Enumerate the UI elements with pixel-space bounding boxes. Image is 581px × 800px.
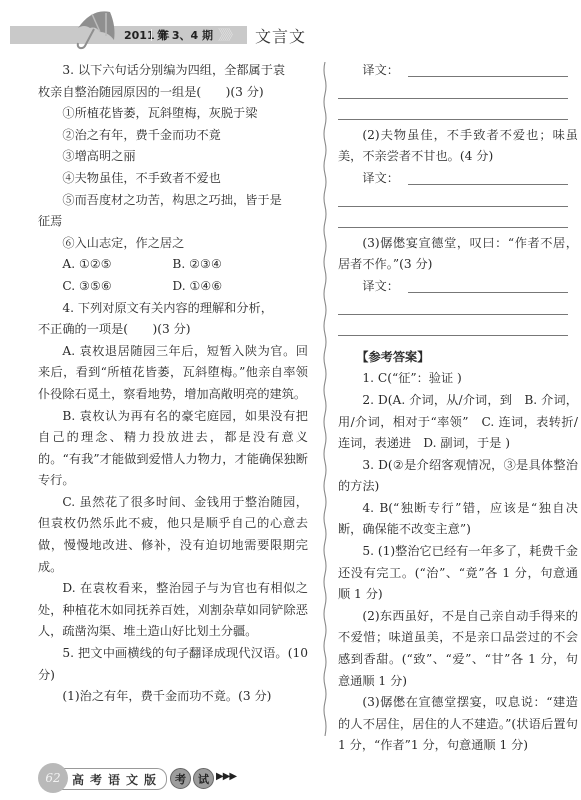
umbrella-icon	[70, 8, 120, 52]
translation-2-row: 译文：	[338, 168, 578, 190]
q4-option-d: D. 在袁枚看来，整治园子与为官也有相似之处，种植花木如同抚养百姓，刈割杂草如同…	[38, 578, 308, 643]
translation-3-row: 译文：	[338, 276, 578, 298]
q4-option-a: A. 袁枚退居随园三年后，短暂入陕为官。回来后，看到“所植花皆萎，瓦斜堕梅。”他…	[38, 341, 308, 406]
answers-heading: 【参考答案】	[338, 347, 578, 369]
q4-stem-line1: 4. 下列对原文有关内容的理解和分析，	[38, 298, 308, 320]
translation-label: 译文：	[362, 168, 399, 190]
page-footer: 62 高考语文版 考 试 ▶▶▶	[30, 763, 280, 793]
answer-item: 5. (1)整治它已经有一年多了，耗费千金还没有完工。(“治”、“竟”各 1 分…	[338, 541, 578, 606]
q3-item: ③增高明之丽	[38, 146, 308, 168]
translation-1-row	[338, 82, 578, 104]
q3-item-continued: 征焉	[38, 211, 308, 233]
publication-title: 高考语文版	[72, 771, 162, 788]
answer-item: 4. B(“独断专行”错，应该是“独自决断，确保能不改变主意”)	[338, 498, 578, 541]
translation-label: 译文：	[362, 276, 399, 298]
q3-item: ⑥入山志定，作之居之	[38, 233, 308, 255]
q5-stem: 5. 把文中画横线的句子翻译成现代汉语。(10 分)	[38, 643, 308, 686]
page-header: 2011 年 第 3、4 期 》》》 文言文	[0, 0, 581, 55]
q3-options-row2: C. ③⑤⑥ D. ①④⑥	[38, 276, 308, 298]
q3-item: ②治之有年，费千金而功不竟	[38, 125, 308, 147]
q3-item: ④夫物虽佳，不手致者不爱也	[38, 168, 308, 190]
left-column: 3. 以下六句话分别编为四组，全都属于袁 枚亲自整治随园原因的一组是( )(3 …	[38, 60, 308, 708]
answer-blank-line[interactable]	[338, 227, 568, 228]
q4-stem-line2: 不正确的一项是( )(3 分)	[38, 319, 308, 341]
answer-item: 3. D(②是介绍客观情况，③是具体整治的方法)	[338, 455, 578, 498]
answer-item: (2)东西虽好，不是自己亲自动手得来的不爱惜；味道虽美，不是亲口品尝过的不会感到…	[338, 606, 578, 692]
translation-1-row	[338, 103, 578, 125]
header-section-title: 文言文	[255, 24, 306, 47]
answer-blank-line[interactable]	[338, 98, 568, 99]
translation-label: 译文：	[362, 60, 399, 82]
answer-blank-line[interactable]	[408, 76, 568, 77]
q4-option-b: B. 袁枚认为再有名的豪宅庭园，如果没有把自己的理念、精力投放进去，都是没有意义…	[38, 406, 308, 492]
answer-blank-line[interactable]	[338, 206, 568, 207]
header-arrows-icon: 》》》	[218, 25, 237, 45]
q5-sub3: (3)僝僽宴宣德堂，叹曰：“作者不居，居者不作。”(3 分)	[338, 233, 578, 276]
footer-badge-shi: 试	[193, 768, 214, 789]
q3-option-a: A. ①②⑤	[62, 254, 172, 276]
header-issue: 第 3、4 期	[157, 27, 213, 43]
q5-sub2: (2)夫物虽佳，不手致者不爱也；味虽美，不亲尝者不甘也。(4 分)	[338, 125, 578, 168]
answer-item: (3)僝僽在宣德堂摆宴，叹息说：“建造的人不居住，居住的人不建造。”(状语后置句…	[338, 692, 578, 757]
header-separator	[151, 29, 152, 41]
answer-blank-line[interactable]	[338, 119, 568, 120]
q3-stem-line1: 3. 以下六句话分别编为四组，全都属于袁	[38, 60, 308, 82]
q3-item: ①所植花皆萎，瓦斜堕梅，灰脱于梁	[38, 103, 308, 125]
answer-blank-line[interactable]	[408, 292, 568, 293]
answer-item: 1. C(“征”：验证 )	[338, 368, 578, 390]
q3-item: ⑤而吾度材之功苦，构思之巧拙，皆于是	[38, 190, 308, 212]
q3-option-d: D. ①④⑥	[172, 276, 282, 298]
q4-option-c: C. 虽然花了很多时间、金钱用于整治随园，但袁枚仍然乐此不疲，他只是顺乎自己的心…	[38, 492, 308, 578]
right-column: 译文： (2)夫物虽佳，不手致者不爱也；味虽美，不亲尝者不甘也。(4 分) 译文…	[338, 60, 578, 757]
column-divider	[322, 62, 328, 736]
q3-option-b: B. ②③④	[172, 254, 282, 276]
translation-3-row	[338, 298, 578, 320]
q3-option-c: C. ③⑤⑥	[62, 276, 172, 298]
answer-blank-line[interactable]	[338, 335, 568, 336]
footer-arrows-icon: ▶▶▶	[216, 771, 236, 782]
translation-2-row	[338, 190, 578, 212]
answer-blank-line[interactable]	[408, 184, 568, 185]
answer-blank-line[interactable]	[338, 314, 568, 315]
answer-item: 2. D(A. 介词，从/介词，到 B. 介词，用/介词，相对于“率领” C. …	[338, 390, 578, 455]
footer-badge-kao: 考	[170, 768, 191, 789]
page-number: 62	[38, 763, 68, 793]
q3-options-row1: A. ①②⑤ B. ②③④	[38, 254, 308, 276]
translation-2-row	[338, 211, 578, 233]
q3-stem-line2: 枚亲自整治随园原因的一组是( )(3 分)	[38, 82, 308, 104]
translation-3-row	[338, 319, 578, 341]
translation-1-row: 译文：	[338, 60, 578, 82]
q5-sub1: (1)治之有年，费千金而功不竟。(3 分)	[38, 686, 308, 708]
